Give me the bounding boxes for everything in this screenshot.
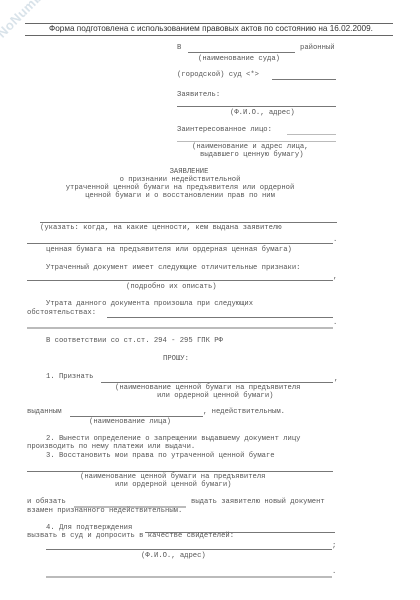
p1-caption-2: или ордерной ценной бумаги) — [157, 392, 273, 400]
court-suffix: районный — [300, 44, 335, 52]
indicate-field[interactable] — [40, 222, 337, 223]
city-court-label: (городской) суд <*> — [177, 71, 259, 79]
applicant-label: Заявитель: — [177, 91, 220, 99]
doc-title: ЗАЯВЛЕНИЕ — [0, 168, 310, 176]
title-line-1: ЗАЯВЛЕНИЕ — [0, 168, 344, 176]
fio-caption: (Ф.И.О., адрес) — [141, 552, 206, 560]
p3-field[interactable] — [27, 471, 333, 472]
punct: . — [333, 236, 337, 244]
punct: ; — [332, 542, 336, 550]
city-court-field[interactable] — [272, 79, 336, 80]
header-rule-bottom — [25, 35, 393, 36]
security-field[interactable] — [27, 243, 333, 244]
interested-label: Заинтересованное лицо: — [177, 126, 272, 134]
issued-label: выданным — [27, 408, 62, 416]
loss-text-2: обстоятельствах: — [27, 309, 96, 317]
interested-caption-1: (наименование и адрес лица, — [192, 143, 308, 151]
applicant-caption: (Ф.И.О., адрес) — [230, 109, 295, 117]
person-caption: (наименование лица) — [89, 418, 171, 426]
describe-caption: (подробно их описать) — [126, 283, 217, 291]
interested-caption-2: выдавшего ценную бумагу) — [200, 151, 304, 159]
court-caption: (наименование суда) — [198, 55, 280, 63]
indicate-caption: (указать: когда, на какие ценности, кем … — [40, 224, 282, 232]
p2-text-1: 2. Вынести определение о запрещении выда… — [46, 435, 300, 443]
interested-field-2[interactable] — [177, 141, 336, 142]
p1-caption-1: (наименование ценной бумаги на предъявит… — [115, 384, 300, 392]
oblige-tail: выдать заявителю новый документ — [191, 498, 325, 506]
court-prefix: В — [177, 44, 181, 52]
title-line-4: ценной бумаги и о восстановлении прав по… — [40, 192, 320, 200]
witness-field-1[interactable] — [46, 549, 332, 550]
punct: . — [332, 568, 336, 576]
p2-text-2: производить по нему платежи или выдачи. — [27, 443, 195, 451]
p1-field[interactable] — [101, 382, 333, 383]
p4-label: 4. Для подтверждения — [46, 524, 132, 532]
header-note: Форма подготовлена с использованием прав… — [49, 24, 373, 33]
request-heading: ПРОШУ: — [163, 355, 189, 363]
punct: , — [334, 375, 338, 383]
punct: , — [333, 273, 337, 281]
court-name-field[interactable] — [188, 52, 295, 53]
interested-field[interactable] — [287, 134, 336, 135]
p4-text-2: вызвать в суд и допросить в качестве сви… — [27, 532, 234, 540]
features-text: Утраченный документ имеет следующие отли… — [46, 264, 300, 272]
p1-label: 1. Признать — [46, 373, 93, 381]
invalid-text: , недействительным. — [203, 408, 285, 416]
features-field[interactable] — [27, 280, 333, 281]
p3-caption-1: (наименование ценной бумаги на предъявит… — [80, 473, 265, 481]
loss-field[interactable] — [107, 317, 333, 318]
issued-field[interactable] — [70, 416, 203, 417]
applicant-field[interactable] — [177, 106, 336, 107]
p3-caption-2: или ордерной ценной бумаги) — [115, 481, 231, 489]
witness-field-2[interactable] — [46, 576, 332, 578]
p3-text-1: 3. Восстановить мои права по утраченной … — [46, 452, 275, 460]
loss-field-2[interactable] — [27, 327, 333, 329]
title-line-2: о признании недействительной — [40, 176, 320, 184]
accord-text: В соответствии со ст.ст. 294 - 295 ГПК Р… — [46, 337, 223, 345]
oblige-label: и обязать — [27, 498, 66, 506]
loss-text-1: Утрата данного документа произошла при с… — [46, 300, 253, 308]
punct: . — [333, 319, 337, 327]
oblige-text-2: взамен признанного недействительным. — [27, 507, 182, 515]
title-line-3: утраченной ценной бумаги на предъявителя… — [40, 184, 320, 192]
security-caption: ценная бумага на предъявителя или ордерн… — [46, 246, 292, 254]
